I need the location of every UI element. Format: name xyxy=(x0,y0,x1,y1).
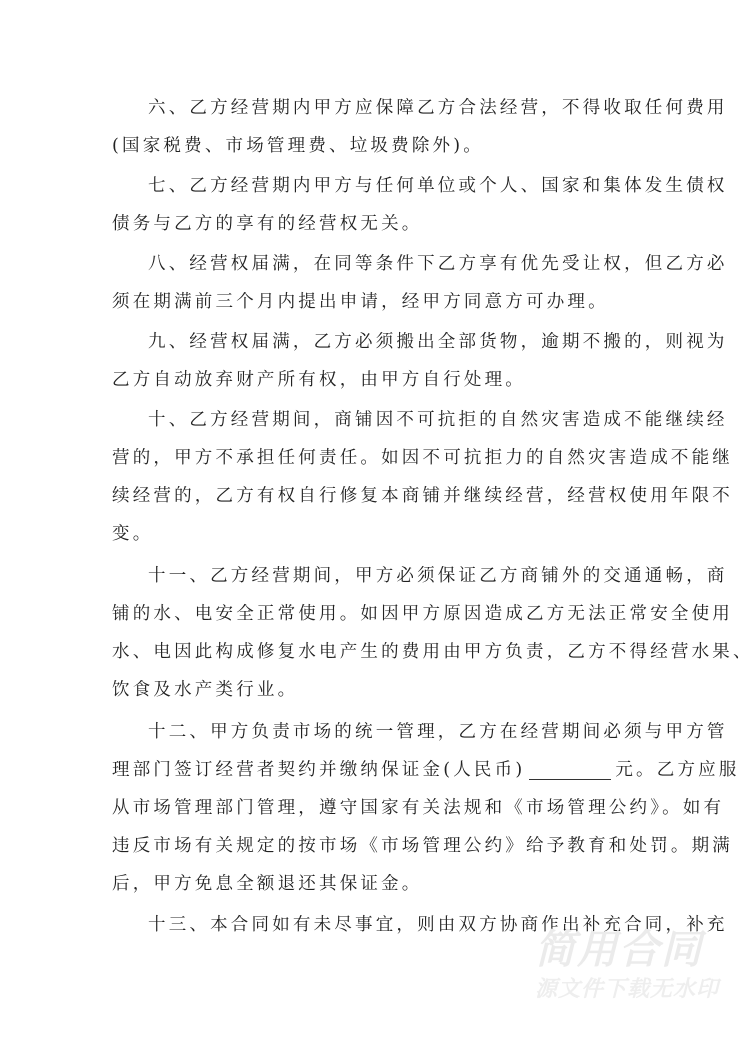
paragraph-line: 须在期满前三个月内提出申请，经甲方同意方可办理。 xyxy=(112,292,632,312)
paragraph-line: 乙方自动放弃财产所有权，由甲方自行处理。 xyxy=(112,370,632,390)
watermark-subtitle: 源文件下载无水印 xyxy=(535,972,719,1003)
watermark-logo: 简用合同 xyxy=(535,918,703,975)
paragraph-line: 违反市场有关规定的按市场《市场管理公约》给予教育和处罚。期满 xyxy=(112,836,632,856)
line-text-after: 元。乙方应服 xyxy=(615,760,739,780)
deposit-amount-blank xyxy=(529,763,611,780)
paragraph-line: 九、经营权届满，乙方必须搬出全部货物，逾期不搬的，则视为 xyxy=(148,332,632,352)
paragraph-line: 十二、甲方负责市场的统一管理，乙方在经营期间必须与甲方管 xyxy=(148,722,632,742)
paragraph-line: 水、电因此构成修复水电产生的费用由甲方负责，乙方不得经营水果、 xyxy=(112,642,632,662)
paragraph-line: 续经营的，乙方有权自行修复本商铺并继续经营，经营权使用年限不 xyxy=(112,486,632,506)
paragraph-line: (国家税费、市场管理费、垃圾费除外)。 xyxy=(112,136,632,156)
paragraph-line: 六、乙方经营期内甲方应保障乙方合法经营，不得收取任何费用 xyxy=(148,98,632,118)
paragraph-line: 营的，甲方不承担任何责任。如因不可抗拒力的自然灾害造成不能继 xyxy=(112,448,632,468)
paragraph-line: 十一、乙方经营期间，甲方必须保证乙方商铺外的交通通畅，商 xyxy=(148,566,632,586)
paragraph-line: 八、经营权届满，在同等条件下乙方享有优先受让权，但乙方必 xyxy=(148,254,632,274)
paragraph-line: 后，甲方免息全额退还其保证金。 xyxy=(112,874,632,894)
paragraph-line: 变。 xyxy=(112,524,632,544)
line-text-before: 理部门签订经营者契约并缴纳保证金(人民币) xyxy=(112,760,525,780)
paragraph-line: 饮食及水产类行业。 xyxy=(112,680,632,700)
paragraph-line: 七、乙方经营期内甲方与任何单位或个人、国家和集体发生债权 xyxy=(148,176,632,196)
document-page: 六、乙方经营期内甲方应保障乙方合法经营，不得收取任何费用 (国家税费、市场管理费… xyxy=(0,0,742,1049)
paragraph-line: 债务与乙方的享有的经营权无关。 xyxy=(112,214,632,234)
paragraph-line: 十、乙方经营期间，商铺因不可抗拒的自然灾害造成不能继续经 xyxy=(148,410,632,430)
paragraph-line: 从市场管理部门管理，遵守国家有关法规和《市场管理公约》。如有 xyxy=(112,798,632,818)
paragraph-line: 理部门签订经营者契约并缴纳保证金(人民币)元。乙方应服 xyxy=(112,760,632,780)
paragraph-line: 铺的水、电安全正常使用。如因甲方原因造成乙方无法正常安全使用 xyxy=(112,604,632,624)
